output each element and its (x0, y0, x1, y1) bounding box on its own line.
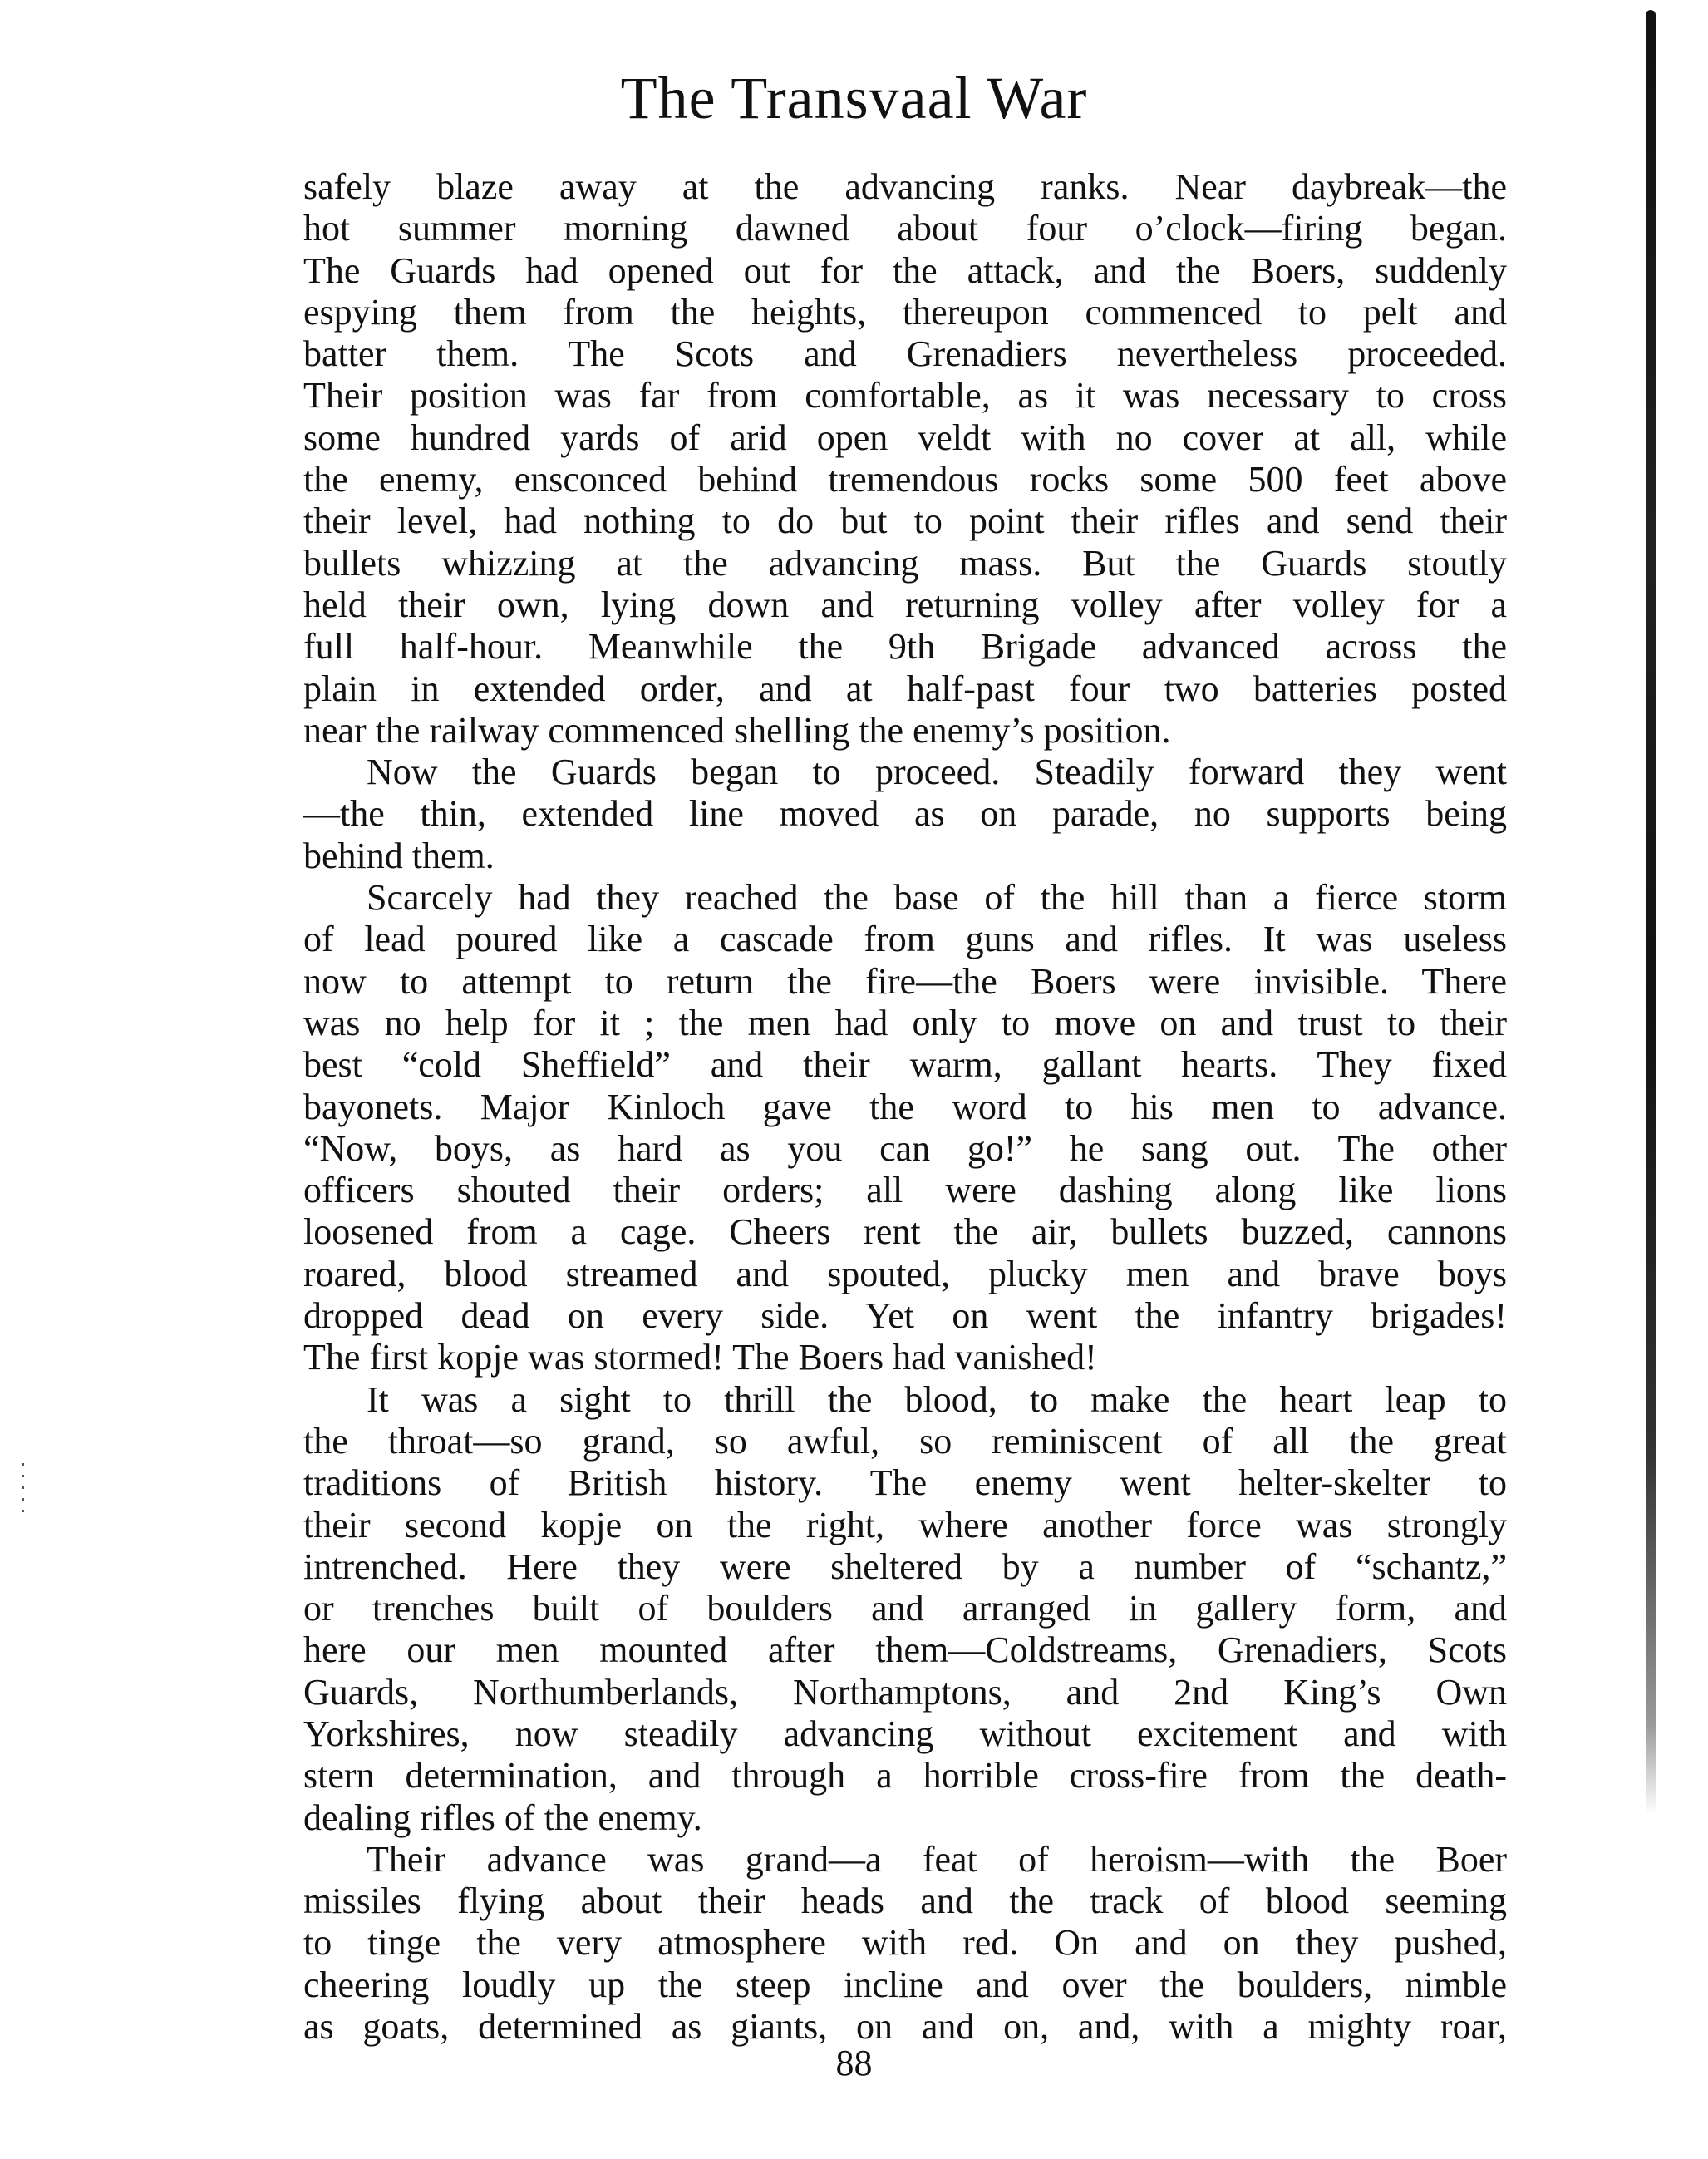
text-line: the throat—so grand, so awful, so remini… (303, 1421, 1507, 1462)
text-line: cheering loudly up the steep incline and… (303, 1964, 1507, 2006)
text-line: the enemy, ensconced behind tremendous r… (303, 459, 1507, 500)
text-line: Now the Guards began to proceed. Steadil… (303, 752, 1507, 793)
text-line: “Now, boys, as hard as you can go!” he s… (303, 1128, 1507, 1170)
text-line: now to attempt to return the fire—the Bo… (303, 961, 1507, 1003)
gutter-scan-marks (22, 1463, 24, 1521)
text-line: safely blaze away at the advancing ranks… (303, 166, 1507, 208)
text-line: best “cold Sheffield” and their warm, ga… (303, 1044, 1507, 1086)
page-edge-scan-shadow (1646, 10, 1656, 1814)
text-line: It was a sight to thrill the blood, to m… (303, 1379, 1507, 1421)
text-line: traditions of British history. The enemy… (303, 1462, 1507, 1504)
text-line: dropped dead on every side. Yet on went … (303, 1295, 1507, 1337)
text-line: Guards, Northumberlands, Northamptons, a… (303, 1672, 1507, 1713)
text-line: was no help for it ; the men had only to… (303, 1003, 1507, 1044)
text-line: stern determination, and through a horri… (303, 1755, 1507, 1797)
text-line: behind them. (303, 836, 1507, 877)
text-line: Yorkshires, now steadily advancing witho… (303, 1713, 1507, 1755)
text-line: near the railway commenced shelling the … (303, 710, 1507, 752)
text-line: held their own, lying down and returning… (303, 584, 1507, 626)
text-line: Their advance was grand—a feat of herois… (303, 1839, 1507, 1880)
text-line: of lead poured like a cascade from guns … (303, 919, 1507, 960)
text-line: bayonets. Major Kinloch gave the word to… (303, 1087, 1507, 1128)
text-line: hot summer morning dawned about four o’c… (303, 208, 1507, 249)
text-line: here our men mounted after them—Coldstre… (303, 1629, 1507, 1671)
text-line: The Guards had opened out for the attack… (303, 250, 1507, 292)
text-line: dealing rifles of the enemy. (303, 1797, 1507, 1839)
text-line: plain in extended order, and at half-pas… (303, 668, 1507, 710)
text-line: their level, had nothing to do but to po… (303, 500, 1507, 542)
text-line: loosened from a cage. Cheers rent the ai… (303, 1211, 1507, 1253)
text-line: full half-hour. Meanwhile the 9th Brigad… (303, 626, 1507, 668)
text-line: to tinge the very atmosphere with red. O… (303, 1922, 1507, 1964)
running-head-title: The Transvaal War (0, 57, 1708, 140)
text-line: The first kopje was stormed! The Boers h… (303, 1337, 1507, 1378)
text-line: Their position was far from comfortable,… (303, 375, 1507, 417)
text-line: missiles flying about their heads and th… (303, 1880, 1507, 1922)
text-line: some hundred yards of arid open veldt wi… (303, 417, 1507, 459)
text-line: bullets whizzing at the advancing mass. … (303, 543, 1507, 584)
body-text: safely blaze away at the advancing ranks… (303, 166, 1507, 2048)
text-line: —the thin, extended line moved as on par… (303, 793, 1507, 835)
page-number: 88 (0, 2038, 1708, 2088)
text-line: Scarcely had they reached the base of th… (303, 877, 1507, 919)
text-line: intrenched. Here they were sheltered by … (303, 1546, 1507, 1588)
text-line: officers shouted their orders; all were … (303, 1170, 1507, 1211)
text-line: roared, blood streamed and spouted, pluc… (303, 1254, 1507, 1295)
text-line: batter them. The Scots and Grenadiers ne… (303, 333, 1507, 375)
text-line: their second kopje on the right, where a… (303, 1505, 1507, 1546)
text-line: or trenches built of boulders and arrang… (303, 1588, 1507, 1629)
text-line: espying them from the heights, thereupon… (303, 292, 1507, 333)
